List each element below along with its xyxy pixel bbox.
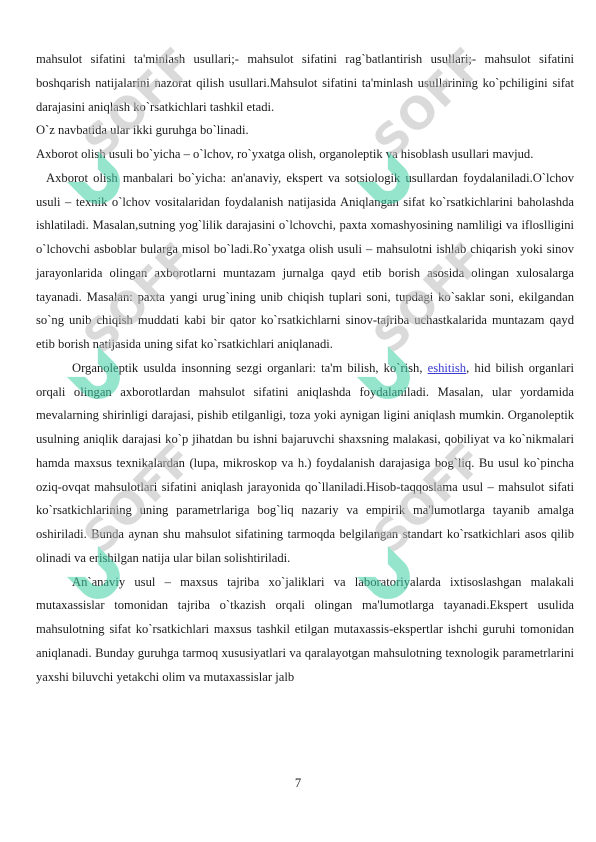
- document-body: mahsulot sifatini ta'minlash usullari;- …: [36, 48, 574, 689]
- paragraph-2: O`z navbatida ular ikki guruhga bo`linad…: [36, 119, 574, 143]
- paragraph-4: Axborot olish manbalari bo`yicha: an'ana…: [36, 167, 574, 357]
- paragraph-1: mahsulot sifatini ta'minlash usullari;- …: [36, 48, 574, 119]
- eshitish-link[interactable]: eshitish: [428, 361, 466, 375]
- page-number: 7: [0, 776, 596, 791]
- paragraph-5-text-a: Organoleptik usulda insonning sezgi orga…: [72, 361, 428, 375]
- paragraph-6: An`anaviy usul – maxsus tajriba xo`jalik…: [36, 571, 574, 690]
- document-page: mahsulot sifatini ta'minlash usullari;- …: [0, 0, 596, 842]
- paragraph-5-text-b: , hid bilish organlari orqali olingan ax…: [36, 361, 574, 565]
- paragraph-3: Axborot olish usuli bo`yicha – o`lchov, …: [36, 143, 574, 167]
- paragraph-5: Organoleptik usulda insonning sezgi orga…: [36, 357, 574, 571]
